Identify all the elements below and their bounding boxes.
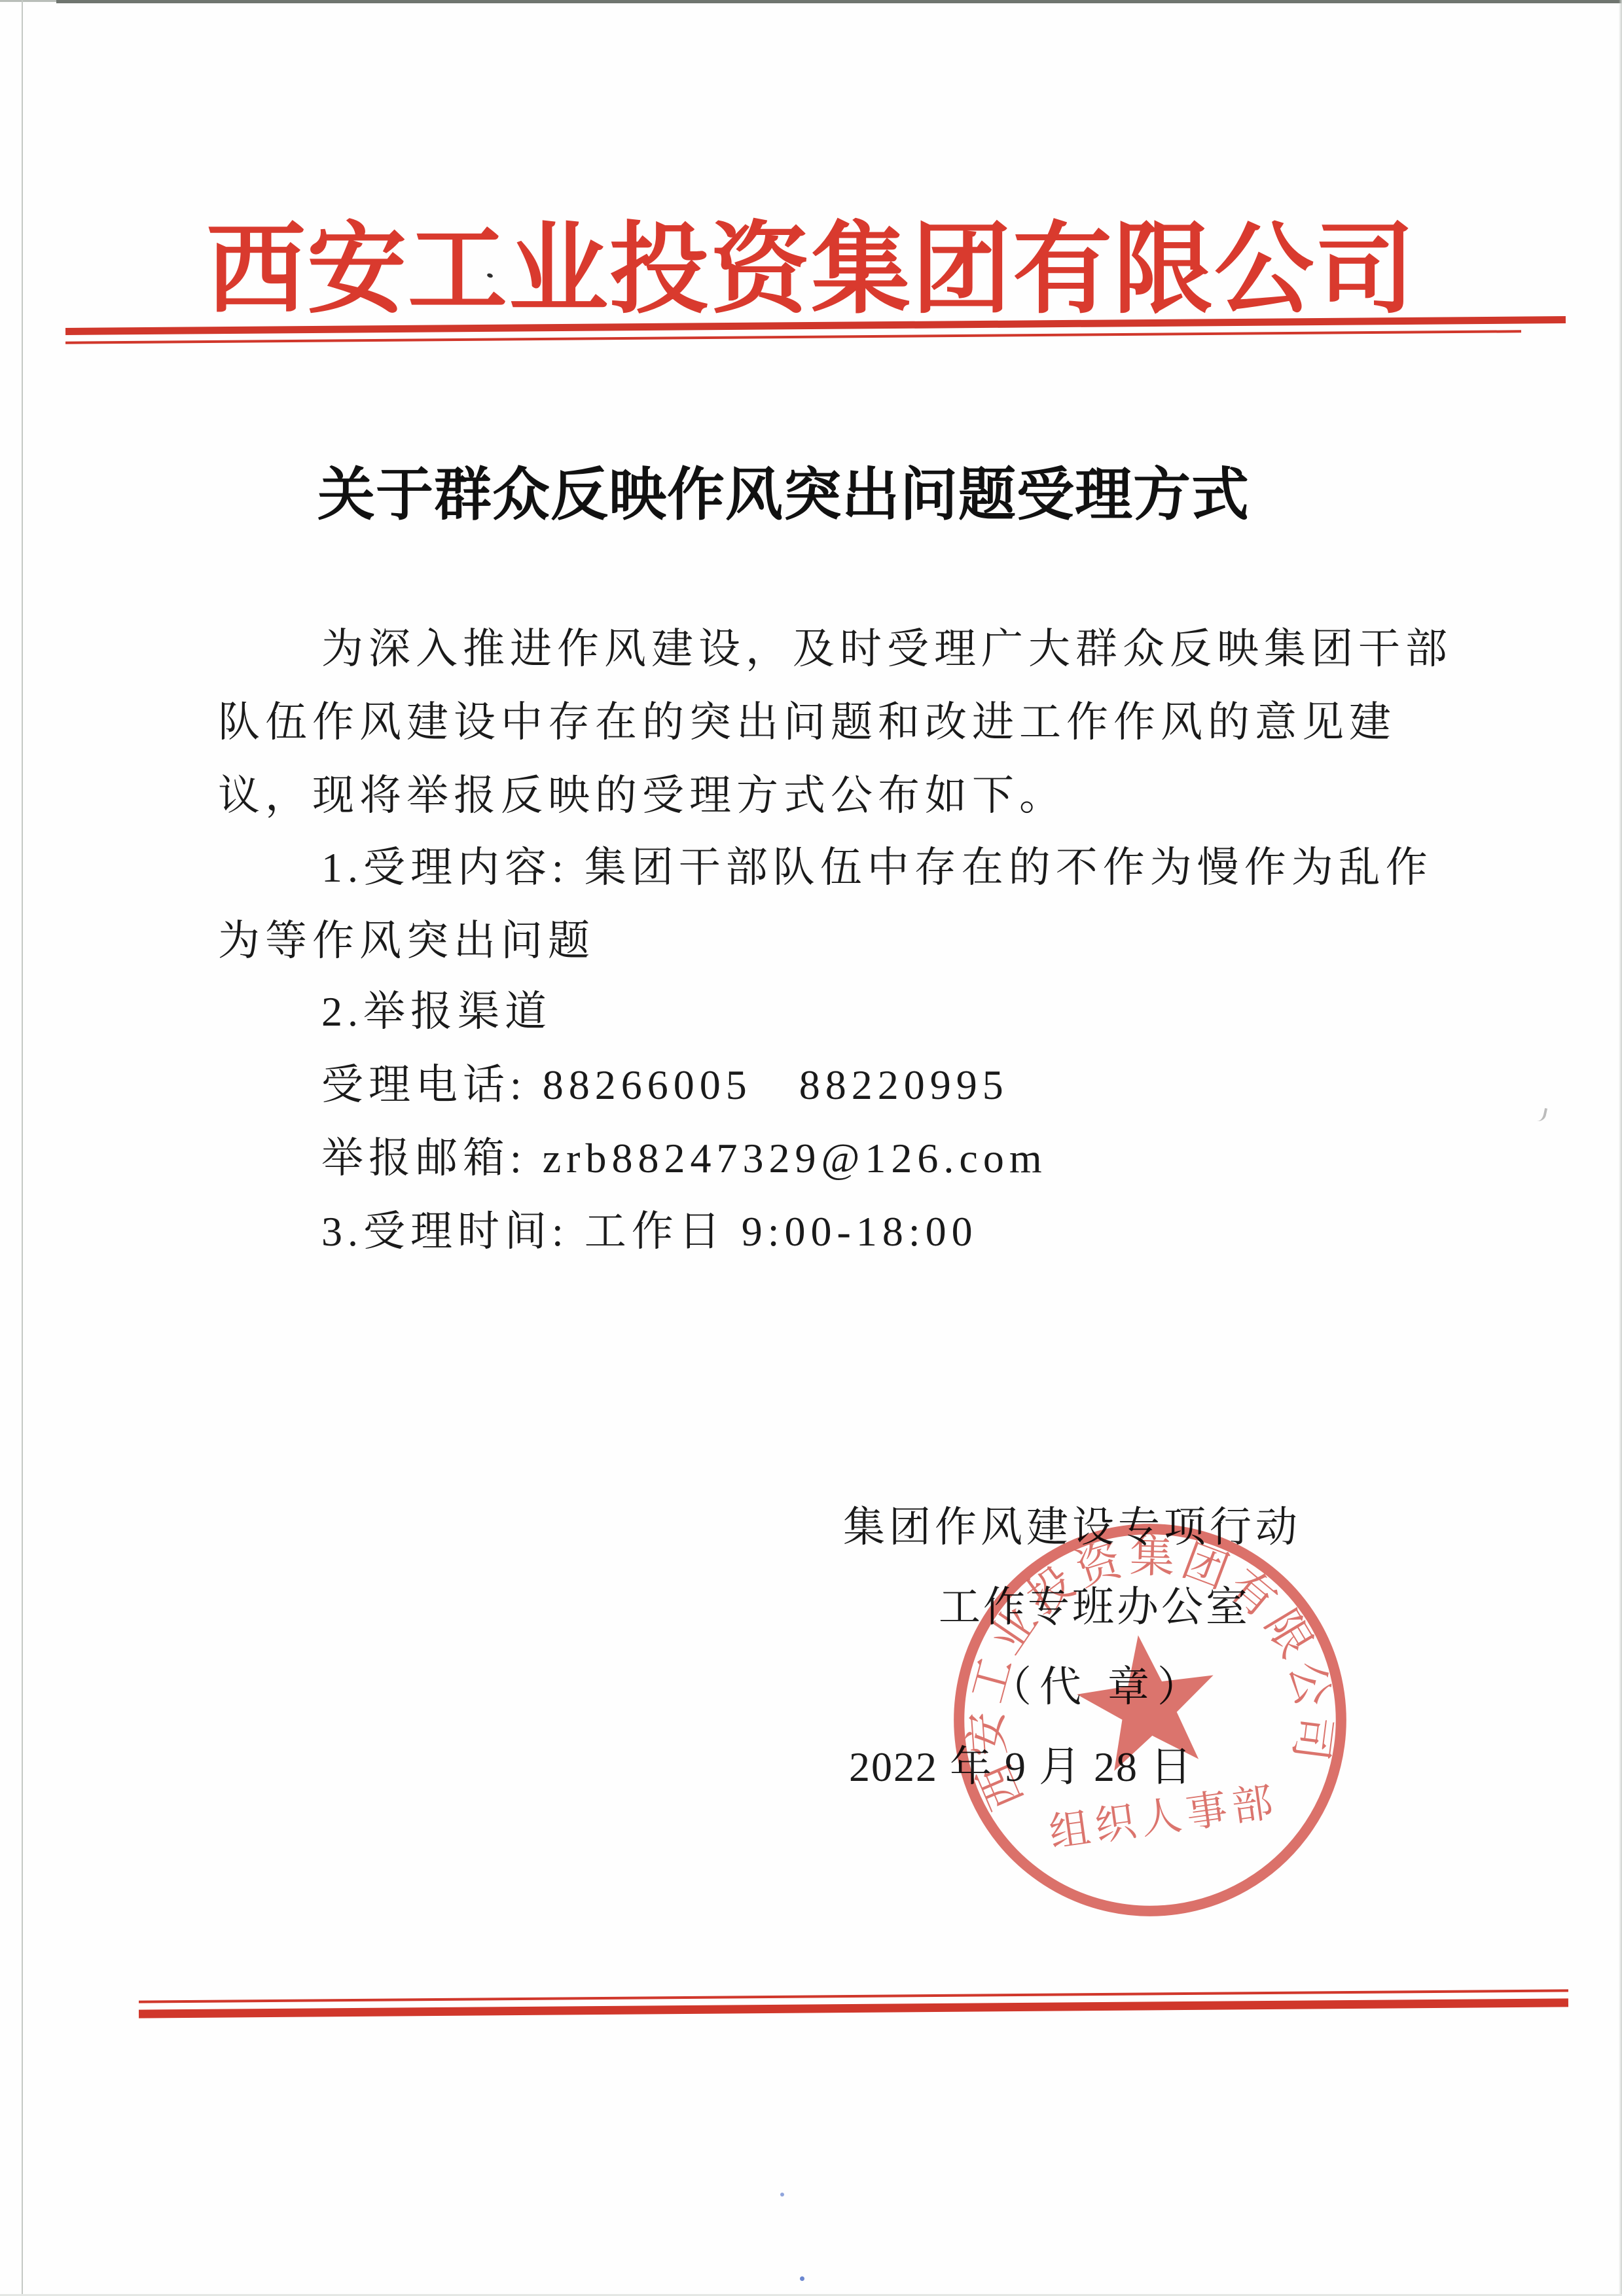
body-line-item-1-wrap: 为等作风突出问题 (218, 907, 595, 967)
scan-top-edge (56, 0, 1622, 3)
letterhead-company-name: 西安工业投资集团有限公司 (206, 190, 1416, 332)
body-line-item-1-content: 1.受理内容: 集团干部队伍中存在的不作为慢作为乱作 (218, 834, 1433, 894)
scan-left-fold-line (22, 0, 23, 2296)
body-line: 队伍作风建设中存在的突出问题和改进工作作风的意见建 (218, 689, 1396, 749)
body-line: 为深入推进作风建设，及时受理广大群众反映集团干部 (218, 615, 1452, 675)
seal-bottom-text: 组织人事部 (1047, 1779, 1281, 1856)
scan-speck (1536, 1107, 1547, 1122)
body-line: 议，现将举报反映的受理方式公布如下。 (218, 762, 1066, 822)
star-icon (1070, 1626, 1225, 1775)
body-line-item-2-channels: 2.举报渠道 (218, 978, 552, 1038)
scan-speck (800, 2276, 804, 2281)
body-line-phone: 受理电话: 88266005 88220995 (218, 1051, 1009, 1111)
scan-speck (780, 2193, 784, 2197)
scan-top-left-edge (0, 0, 56, 2)
scanned-document-page: 西安工业投资集团有限公司 关于群众反映作风突出问题受理方式 为深入推进作风建设，… (0, 0, 1622, 2296)
official-seal: 西安工业投资集团有限公司 组织人事部 (905, 1475, 1396, 1965)
document-title: 关于群众反映作风突出问题受理方式 (317, 449, 1250, 531)
scan-right-shadow (1619, 0, 1622, 2296)
body-line-item-3-hours: 3.受理时间: 工作日 9:00-18:00 (218, 1198, 978, 1258)
body-line-email: 举报邮箱: zrb88247329@126.com (218, 1124, 1047, 1185)
